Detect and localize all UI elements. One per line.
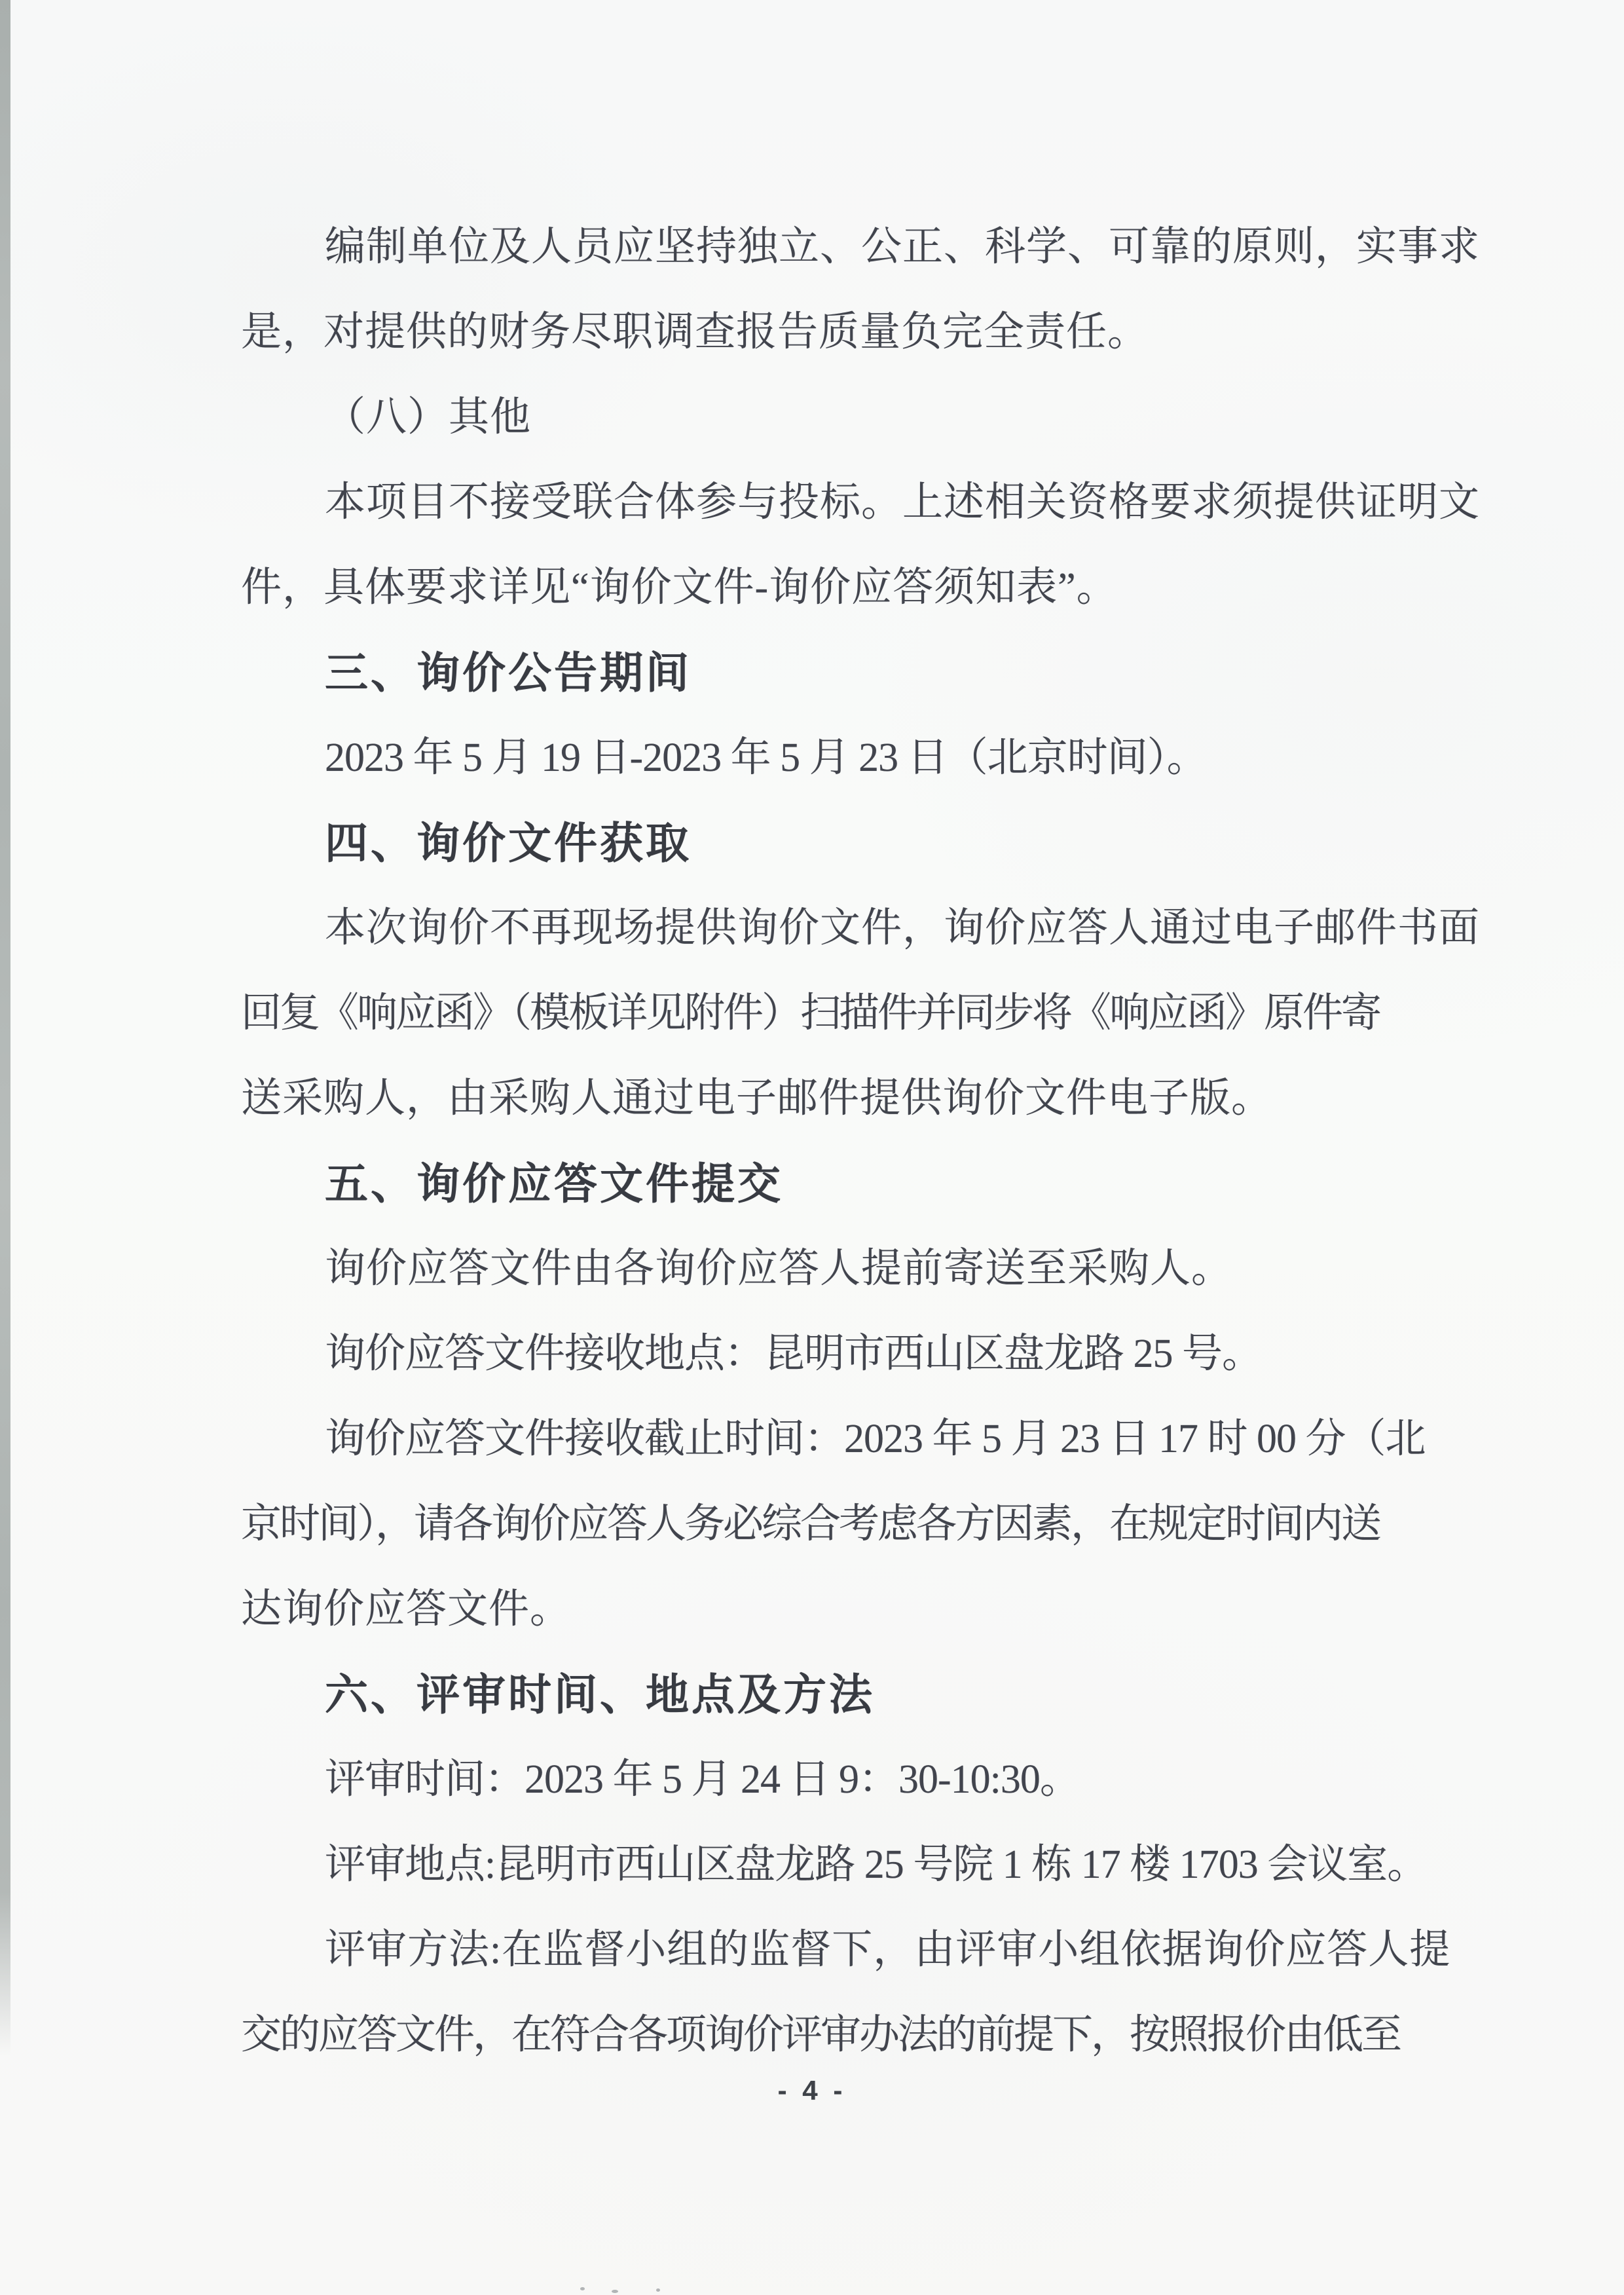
heading-section-3-announcement-period: 三、询价公告期间 [241, 630, 1407, 715]
body-line: 交的应答文件，在符合各项询价评审办法的前提下，按照报价由低至 [241, 1992, 1407, 2078]
heading-section-5-response-submission: 五、询价应答文件提交 [241, 1141, 1407, 1226]
scan-edge-strip [0, 0, 10, 2057]
body-line-deadline: 询价应答文件接收截止时间：2023 年 5 月 23 日 17 时 00 分（北 [241, 1396, 1407, 1482]
heading-section-4-document-acquisition: 四、询价文件获取 [241, 800, 1407, 886]
body-line: 编制单位及人员应坚持独立、公正、科学、可靠的原则，实事求 [241, 204, 1407, 289]
scan-speck [656, 2288, 660, 2292]
body-line-dates: 2023 年 5 月 19 日-2023 年 5 月 23 日（北京时间）。 [241, 715, 1407, 800]
body-line: 回复《响应函》（模板详见附件）扫描件并同步将《响应函》原件寄 [241, 971, 1407, 1056]
scan-speck [612, 2290, 618, 2293]
body-line-review-time: 评审时间：2023 年 5 月 24 日 9：30-10:30。 [241, 1737, 1407, 1822]
body-line: 是，对提供的财务尽职调查报告质量负完全责任。 [241, 289, 1407, 375]
sub-heading-item-8: （八）其他 [241, 375, 1407, 460]
body-line: 京时间），请各询价应答人务必综合考虑各方因素，在规定时间内送 [241, 1482, 1407, 1567]
body-line-address: 询价应答文件接收地点：昆明市西山区盘龙路 25 号。 [241, 1311, 1407, 1396]
body-line: 件，具体要求详见“询价文件-询价应答须知表”。 [241, 545, 1407, 630]
body-line: 本项目不接受联合体参与投标。上述相关资格要求须提供证明文 [241, 460, 1407, 545]
scan-speck [580, 2287, 585, 2290]
heading-section-6-review-time-place-method: 六、评审时间、地点及方法 [241, 1652, 1407, 1737]
scanned-document-page: { "colors": { "paper": "#f8f9f8", "body_… [0, 0, 1624, 2295]
body-line: 评审方法:在监督小组的监督下，由评审小组依据询价应答人提 [241, 1907, 1407, 1992]
page-number: - 4 - [0, 2075, 1624, 2106]
body-line: 送采购人，由采购人通过电子邮件提供询价文件电子版。 [241, 1056, 1407, 1141]
body-line-review-place: 评审地点:昆明市西山区盘龙路 25 号院 1 栋 17 楼 1703 会议室。 [241, 1822, 1407, 1907]
body-line: 达询价应答文件。 [241, 1567, 1407, 1652]
body-line: 询价应答文件由各询价应答人提前寄送至采购人。 [241, 1226, 1407, 1311]
document-body: 编制单位及人员应坚持独立、公正、科学、可靠的原则，实事求 是，对提供的财务尽职调… [241, 204, 1407, 2078]
body-line: 本次询价不再现场提供询价文件，询价应答人通过电子邮件书面 [241, 886, 1407, 971]
